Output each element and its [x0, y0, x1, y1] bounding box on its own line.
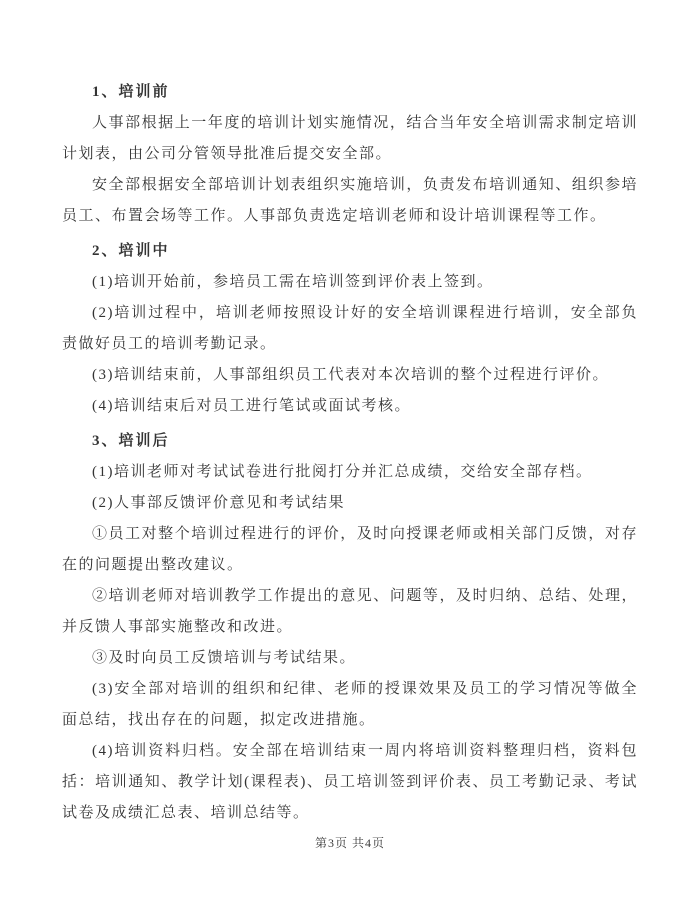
- section-heading-after-training: 3、培训后: [62, 426, 638, 457]
- document-page: 1、培训前 人事部根据上一年度的培训计划实施情况，结合当年安全培训需求制定培训计…: [0, 0, 700, 905]
- paragraph: (4)培训结束后对员工进行笔试或面试考核。: [62, 391, 638, 422]
- page-footer: 第3页 共4页: [0, 834, 700, 851]
- paragraph: ③及时向员工反馈培训与考试结果。: [62, 643, 638, 674]
- paragraph: 安全部根据安全部培训计划表组织实施培训，负责发布培训通知、组织参培员工、布置会场…: [62, 170, 638, 232]
- paragraph: (2)培训过程中，培训老师按照设计好的安全培训课程进行培训，安全部负责做好员工的…: [62, 298, 638, 360]
- paragraph: (3)安全部对培训的组织和纪律、老师的授课效果及员工的学习情况等做全面总结，找出…: [62, 674, 638, 736]
- paragraph: (3)培训结束前，人事部组织员工代表对本次培训的整个过程进行评价。: [62, 360, 638, 391]
- document-body: 1、培训前 人事部根据上一年度的培训计划实施情况，结合当年安全培训需求制定培训计…: [62, 73, 638, 829]
- paragraph: (2)人事部反馈评价意见和考试结果: [62, 488, 638, 519]
- paragraph: (4)培训资料归档。安全部在培训结束一周内将培训资料整理归档，资料包括：培训通知…: [62, 736, 638, 829]
- paragraph: (1)培训开始前，参培员工需在培训签到评价表上签到。: [62, 267, 638, 298]
- section-heading-before-training: 1、培训前: [62, 77, 638, 108]
- section-heading-during-training: 2、培训中: [62, 236, 638, 267]
- paragraph: ①员工对整个培训过程进行的评价，及时向授课老师或相关部门反馈，对存在的问题提出整…: [62, 519, 638, 581]
- paragraph: ②培训老师对培训教学工作提出的意见、问题等，及时归纳、总结、处理，并反馈人事部实…: [62, 581, 638, 643]
- paragraph: (1)培训老师对考试试卷进行批阅打分并汇总成绩，交给安全部存档。: [62, 457, 638, 488]
- paragraph: 人事部根据上一年度的培训计划实施情况，结合当年安全培训需求制定培训计划表，由公司…: [62, 108, 638, 170]
